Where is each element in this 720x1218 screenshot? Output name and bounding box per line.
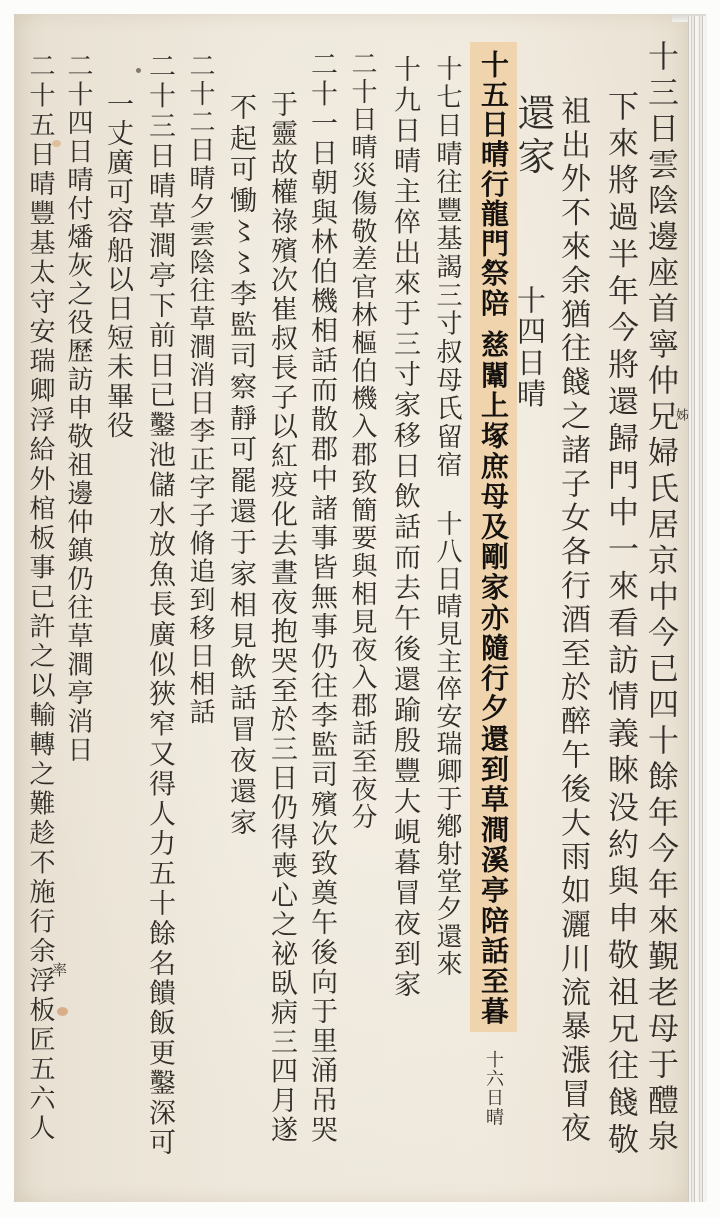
diary-entry-date-25: 二十五日晴豐基太守安瑞卿浮給外棺板事已許之以輸轉之難趁不施行余浮板匠五六人 [27, 52, 53, 1144]
margin-annotation: 姊 [674, 408, 687, 421]
paper-stain [57, 1007, 68, 1016]
margin-annotation: 率 [51, 962, 66, 977]
text-column-10: 于靈故權祿殯次崔叔長子以紅疫化去晝夜抱哭至於三日仍得喪心之祕臥病三四月遂 [268, 90, 295, 1145]
diary-entry-date-20: 二十日晴災傷敬差官林樞伯機入郡致簡要與相見夜入郡話至夜分 [349, 50, 375, 831]
diary-entry-date-18: 十八日晴見主倅安瑞卿于鄕射堂夕還來 [434, 510, 460, 978]
diary-entry-date-22: 二十二日晴夕雲陰往草澗消日李正字子脩追到移日相話 [187, 52, 213, 726]
ink-dot [136, 68, 141, 73]
text-column-1: 十三日雲陰邊座首寧仲兄婦氏居京中今已四十餘年今年來覲老母于醴泉 [644, 40, 675, 1156]
text-column-4-part-1: 還家 [514, 93, 552, 180]
text-column-11: 不起可慟〻〻李監司察靜可罷還于家相見飲話冒夜還家 [227, 93, 254, 839]
diary-entry-date-14: 十四日晴 [515, 285, 544, 410]
text-column-14: 一丈廣可容船以日短未畢役 [104, 90, 131, 440]
diary-entry-date-19: 十九日晴主倅出來于三寸家移日飲話而去午後還踰殷豐大峴暮冒夜到家 [391, 55, 418, 1001]
diary-entry-date-21: 二十一日朝與林伯機相話而散郡中諸事皆無事仍往李監司殯次致奠午後向于里涌吊哭 [308, 50, 335, 1145]
highlighted-entry-part-1: 十五日晴行龍門祭陪 [479, 50, 507, 318]
diary-entry-date-24: 二十四日晴付燔灰之役歷訪申敬祖邊仲鎮仍往草澗亭消日 [65, 52, 91, 765]
diary-entry-date-17: 十七日晴往豐基謁三寸叔母氏留宿 [434, 55, 460, 480]
text-column-2: 下來將過半年今將還歸門中一來看訪情義睞没約與申敬祖兄往餞敬 [604, 90, 635, 1160]
manuscript-scan: 十三日雲陰邊座首寧仲兄婦氏居京中今已四十餘年今年來覲老母于醴泉 姊 下來將過半年… [0, 0, 720, 1218]
text-column-3: 祖出外不來余猶往餞之諸子女各行酒至於醉午後大雨如灑川流暴漲冒夜 [557, 95, 587, 1146]
highlighted-entry-part-2: 慈闈上塚庶母及剛家亦隨行夕還到草澗溪亭陪話至暮 [479, 330, 507, 1027]
diary-entry-date-23: 二十三日晴草澗亭下前日已鑿池儲水放魚長廣似狹窄又得人力五十餘名饋飯更鑿深可 [146, 52, 173, 1158]
diary-entry-date-16: 十六日晴 [484, 1050, 502, 1127]
page-edge-stack [688, 16, 707, 1202]
